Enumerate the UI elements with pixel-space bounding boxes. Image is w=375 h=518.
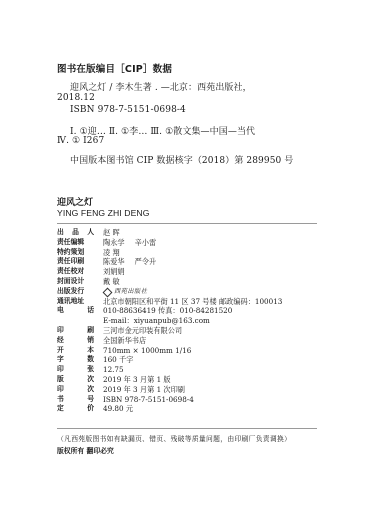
- credit-value-item: 12.75: [103, 365, 124, 375]
- credit-value-item: E-mail：xiyuanpub@163.com: [103, 316, 210, 326]
- credit-label-part: 品: [72, 228, 79, 238]
- credit-label-part: 号: [87, 395, 94, 405]
- credit-value: 刘娟娟: [103, 267, 125, 277]
- cip-classification-line: Ⅳ. ① I267: [57, 136, 104, 146]
- credit-row: 定价49.80 元: [57, 404, 282, 414]
- publisher-logo-icon: [103, 288, 111, 296]
- credit-value: E-mail：xiyuanpub@163.com: [103, 316, 210, 326]
- credit-label-part: 销: [87, 336, 94, 346]
- cip-title-line: 迎风之灯 / 李木生著 . —北京：西苑出版社，: [70, 80, 252, 93]
- credit-value: 010-88636419 传真：010-84281520: [103, 306, 232, 316]
- credit-value: 2019 年 3 月第 1 次印刷: [103, 385, 185, 395]
- credit-value-item: 赵 晖: [103, 228, 120, 238]
- cip-isbn-line: ISBN 978-7-5151-0698-4: [70, 105, 186, 115]
- credit-label-part: 张: [87, 365, 94, 375]
- credit-label: 责任印刷: [57, 257, 94, 267]
- credit-value: ISBN 978-7-5151-0698-4: [103, 395, 194, 405]
- credit-label-part: 通讯地址: [57, 297, 84, 307]
- credit-value-item: 严令升: [135, 257, 157, 267]
- credit-row: 印次2019 年 3 月第 1 次印刷: [57, 385, 282, 395]
- credit-value-item: 刘娟娟: [103, 267, 125, 277]
- credit-value: 陶永学辛小雷: [103, 238, 156, 248]
- credit-value: 全国新华书店: [103, 336, 146, 346]
- credit-label-part: 出: [57, 228, 64, 238]
- credit-label: 责任编辑: [57, 238, 94, 248]
- credit-value: 北京市朝阳区和平街 11 区 37 号楼 邮政编码：100013: [103, 297, 282, 307]
- credit-row: 开本710mm × 1000mm 1/16: [57, 346, 282, 356]
- credit-label: 版次: [57, 375, 94, 385]
- credit-row: 经销全国新华书店: [57, 336, 282, 346]
- credit-label-part: 出版发行: [57, 287, 84, 297]
- credit-value: 12.75: [103, 365, 124, 375]
- credit-value-item: 160 千字: [103, 355, 133, 365]
- credit-label: 出品人: [57, 228, 94, 238]
- credit-label-part: 印: [57, 326, 64, 336]
- credit-label: 电话: [57, 306, 94, 316]
- cip-heading: 图书在版编目［CIP］数据: [57, 61, 172, 75]
- credit-label-part: 数: [87, 355, 94, 365]
- credit-label-part: 开: [57, 346, 64, 356]
- credit-label-part: 印: [57, 365, 64, 375]
- credit-value-item: 010-88636419 传真：010-84281520: [103, 306, 232, 316]
- credit-label: 开本: [57, 346, 94, 356]
- credit-label-part: 人: [87, 228, 94, 238]
- credit-value: 赵 晖: [103, 228, 120, 238]
- credit-row: E-mail：xiyuanpub@163.com: [57, 316, 282, 326]
- credit-label: 特约策划: [57, 248, 94, 258]
- credit-row: 印刷三河市金元印装有限公司: [57, 326, 282, 336]
- copyright-notice: 版权所有 翻印必究: [57, 445, 114, 455]
- credit-value-item: 陈爱华: [103, 257, 125, 267]
- credit-label-part: 次: [87, 385, 94, 395]
- credit-value-item: 戴 敏: [103, 277, 120, 287]
- credit-row: 出版发行西苑出版社: [57, 287, 282, 297]
- credit-label-part: 价: [87, 404, 94, 414]
- credit-label: 印张: [57, 365, 94, 375]
- credit-value-item: 辛小雷: [135, 238, 157, 248]
- book-title-pinyin: YING FENG ZHI DENG: [57, 208, 150, 218]
- credit-label-part: 责任印刷: [57, 257, 84, 267]
- credit-row: 责任校对刘娟娟: [57, 267, 282, 277]
- credit-value: 陈爱华严令升: [103, 257, 156, 267]
- credit-label: 经销: [57, 336, 94, 346]
- bottom-divider: [57, 428, 317, 429]
- credit-label-part: 特约策划: [57, 248, 84, 258]
- credit-value-item: 北京市朝阳区和平街 11 区 37 号楼 邮政编码：100013: [103, 297, 282, 307]
- credit-value-item: 全国新华书店: [103, 336, 146, 346]
- credit-value-item: ISBN 978-7-5151-0698-4: [103, 395, 194, 405]
- credit-label-part: 封面设计: [57, 277, 84, 287]
- credit-label-part: 定: [57, 404, 64, 414]
- credit-row: 版次2019 年 3 月第 1 版: [57, 375, 282, 385]
- credit-row: 责任印刷陈爱华严令升: [57, 257, 282, 267]
- credit-row: 书号ISBN 978-7-5151-0698-4: [57, 395, 282, 405]
- credit-label: 印刷: [57, 326, 94, 336]
- book-title: 迎风之灯: [57, 195, 93, 208]
- credit-row: 字数160 千字: [57, 355, 282, 365]
- credit-row: 印张12.75: [57, 365, 282, 375]
- credits-list: 出品人赵 晖责任编辑陶永学辛小雷特约策划凌 翔责任印刷陈爱华严令升责任校对刘娟娟…: [57, 228, 282, 414]
- credit-row: 特约策划凌 翔: [57, 248, 282, 258]
- credit-label: 通讯地址: [57, 297, 94, 307]
- credit-value: 160 千字: [103, 355, 133, 365]
- credit-row: 封面设计戴 敏: [57, 277, 282, 287]
- credit-label: 出版发行: [57, 287, 94, 297]
- quality-notice: （凡西苑版图书如有缺漏页、错页、残破等质量问题，由印刷厂负责调换）: [57, 433, 291, 443]
- credit-label: 定价: [57, 404, 94, 414]
- credit-label-part: 本: [87, 346, 94, 356]
- credit-label-part: 责任编辑: [57, 238, 84, 248]
- credit-label-part: 话: [87, 306, 94, 316]
- credit-value-item: 凌 翔: [103, 248, 120, 258]
- credit-label-part: 字: [57, 355, 64, 365]
- cip-record-number: 中国版本图书馆 CIP 数据核字（2018）第 289950 号: [70, 153, 293, 166]
- credit-value-item: 2019 年 3 月第 1 次印刷: [103, 385, 185, 395]
- credit-label-part: 次: [87, 375, 94, 385]
- credit-label: 印次: [57, 385, 94, 395]
- credit-row: 电话010-88636419 传真：010-84281520: [57, 306, 282, 316]
- credit-value-item: 710mm × 1000mm 1/16: [103, 346, 191, 356]
- credit-label-part: 刷: [87, 326, 94, 336]
- credit-value: 三河市金元印装有限公司: [103, 326, 182, 336]
- credit-value-item: 陶永学: [103, 238, 125, 248]
- credit-value: 2019 年 3 月第 1 版: [103, 375, 171, 385]
- credit-value: 710mm × 1000mm 1/16: [103, 346, 191, 356]
- credit-row: 出品人赵 晖: [57, 228, 282, 238]
- credit-label: 封面设计: [57, 277, 94, 287]
- credit-label-part: 经: [57, 336, 64, 346]
- publisher-logo-text: 西苑出版社: [114, 287, 147, 297]
- credit-label-part: 印: [57, 385, 64, 395]
- credit-label: 字数: [57, 355, 94, 365]
- credit-value: 凌 翔: [103, 248, 120, 258]
- credit-label-part: 责任校对: [57, 267, 84, 277]
- credit-label-part: 版: [57, 375, 64, 385]
- credit-label-part: 电: [57, 306, 64, 316]
- credit-value: 49.80 元: [103, 404, 133, 414]
- credit-value-item: 49.80 元: [103, 404, 133, 414]
- publisher-logo: 西苑出版社: [103, 287, 147, 297]
- cip-date-line: 2018.12: [57, 93, 95, 103]
- credit-label-part: 书: [57, 395, 64, 405]
- credit-label: 责任校对: [57, 267, 94, 277]
- credit-label: 书号: [57, 395, 94, 405]
- credit-value-item: 2019 年 3 月第 1 版: [103, 375, 171, 385]
- credit-value-item: 三河市金元印装有限公司: [103, 326, 182, 336]
- credit-row: 责任编辑陶永学辛小雷: [57, 238, 282, 248]
- credit-row: 通讯地址北京市朝阳区和平街 11 区 37 号楼 邮政编码：100013: [57, 297, 282, 307]
- credit-value: 戴 敏: [103, 277, 120, 287]
- credit-value: 西苑出版社: [103, 287, 147, 297]
- top-divider: [57, 223, 317, 224]
